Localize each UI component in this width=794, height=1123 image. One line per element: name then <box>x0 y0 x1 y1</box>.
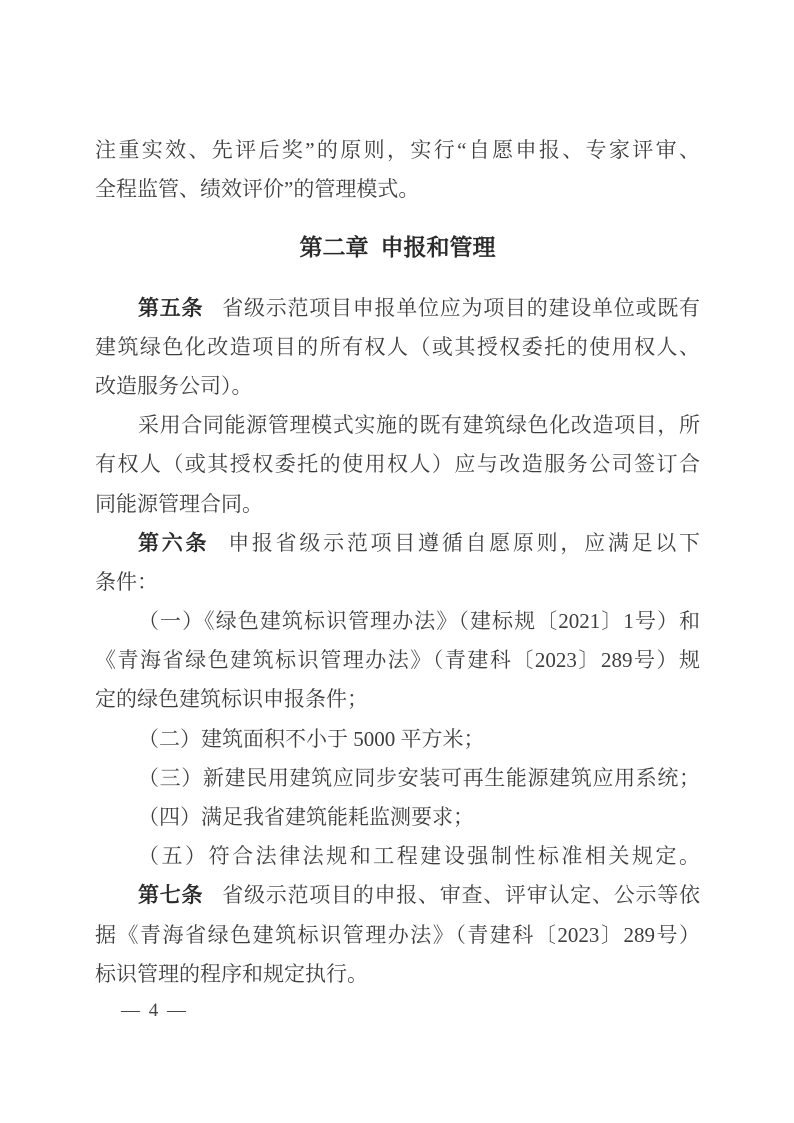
text-line: （二）建筑面积不小于 5000 平方米； <box>95 720 700 759</box>
line-text: 省级示范项目申报单位应为项目的建设单位或既有 <box>222 296 700 320</box>
text-line: 第七条省级示范项目的申报、审查、评审认定、公示等依 <box>95 876 700 915</box>
line-text: 建筑绿色化改造项目的所有权人（或其授权委托的使用权人、 <box>95 335 700 359</box>
document-body: 注重实效、先评后奖”的原则，实行“自愿申报、专家评审、全程监管、绩效评价”的管理… <box>95 131 700 994</box>
text-line: 注重实效、先评后奖”的原则，实行“自愿申报、专家评审、 <box>95 131 700 170</box>
chapter-heading: 第二章申报和管理 <box>95 228 700 267</box>
text-line: 改造服务公司）。 <box>95 367 700 406</box>
text-line: 第六条申报省级示范项目遵循自愿原则，应满足以下 <box>95 524 700 563</box>
line-text: 标识管理的程序和规定执行。 <box>95 962 368 986</box>
line-text: 省级示范项目的申报、审查、评审认定、公示等依 <box>222 883 700 907</box>
line-text: 同能源管理合同。 <box>95 492 263 516</box>
line-text: 申报和管理 <box>381 235 496 260</box>
text-line: 全程监管、绩效评价”的管理模式。 <box>95 170 700 209</box>
page-number: — 4 — <box>121 998 188 1024</box>
article-number-label: 第五条 <box>138 296 203 320</box>
line-text: （三）新建民用建筑应同步安装可再生能源建筑应用系统； <box>138 766 700 790</box>
text-line: （三）新建民用建筑应同步安装可再生能源建筑应用系统； <box>95 759 700 798</box>
chapter-number-label: 第二章 <box>300 235 369 260</box>
text-line: 第五条省级示范项目申报单位应为项目的建设单位或既有 <box>95 289 700 328</box>
text-line: 据《青海省绿色建筑标识管理办法》（青建科〔2023〕289号） <box>95 916 700 955</box>
line-text: （四）满足我省建筑能耗监测要求； <box>138 805 474 829</box>
text-line: 有权人（或其授权委托的使用权人）应与改造服务公司签订合 <box>95 445 700 484</box>
line-text: （二）建筑面积不小于 5000 平方米； <box>138 727 485 751</box>
text-line: 《青海省绿色建筑标识管理办法》（青建科〔2023〕289号）规 <box>95 641 700 680</box>
document-page: 注重实效、先评后奖”的原则，实行“自愿申报、专家评审、全程监管、绩效评价”的管理… <box>0 0 794 1123</box>
line-text: 改造服务公司）。 <box>95 374 253 398</box>
text-line: （四）满足我省建筑能耗监测要求； <box>95 798 700 837</box>
text-line: 同能源管理合同。 <box>95 485 700 524</box>
line-text: （五）符合法律法规和工程建设强制性标准相关规定。 <box>138 844 700 868</box>
line-text: 据《青海省绿色建筑标识管理办法》（青建科〔2023〕289号） <box>95 923 700 947</box>
text-line: 定的绿色建筑标识申报条件； <box>95 680 700 719</box>
line-text: 有权人（或其授权委托的使用权人）应与改造服务公司签订合 <box>95 452 700 476</box>
text-line: 采用合同能源管理模式实施的既有建筑绿色化改造项目，所 <box>95 406 700 445</box>
text-line: （一）《绿色建筑标识管理办法》（建标规〔2021〕1号）和 <box>95 602 700 641</box>
line-text: 定的绿色建筑标识申报条件； <box>95 687 368 711</box>
line-text: 注重实效、先评后奖”的原则，实行“自愿申报、专家评审、 <box>95 138 700 162</box>
article-number-label: 第七条 <box>138 883 203 907</box>
line-text: 《青海省绿色建筑标识管理办法》（青建科〔2023〕289号）规 <box>95 648 700 672</box>
text-line: 建筑绿色化改造项目的所有权人（或其授权委托的使用权人、 <box>95 328 700 367</box>
text-line: （五）符合法律法规和工程建设强制性标准相关规定。 <box>95 837 700 876</box>
line-text: （一）《绿色建筑标识管理办法》（建标规〔2021〕1号）和 <box>138 609 700 633</box>
line-text: 申报省级示范项目遵循自愿原则，应满足以下 <box>228 531 700 555</box>
line-text: 采用合同能源管理模式实施的既有建筑绿色化改造项目，所 <box>138 413 700 437</box>
text-line: 标识管理的程序和规定执行。 <box>95 955 700 994</box>
article-number-label: 第六条 <box>138 531 209 555</box>
line-text: 条件： <box>95 570 158 594</box>
line-text: 全程监管、绩效评价”的管理模式。 <box>95 177 419 201</box>
text-line: 条件： <box>95 563 700 602</box>
